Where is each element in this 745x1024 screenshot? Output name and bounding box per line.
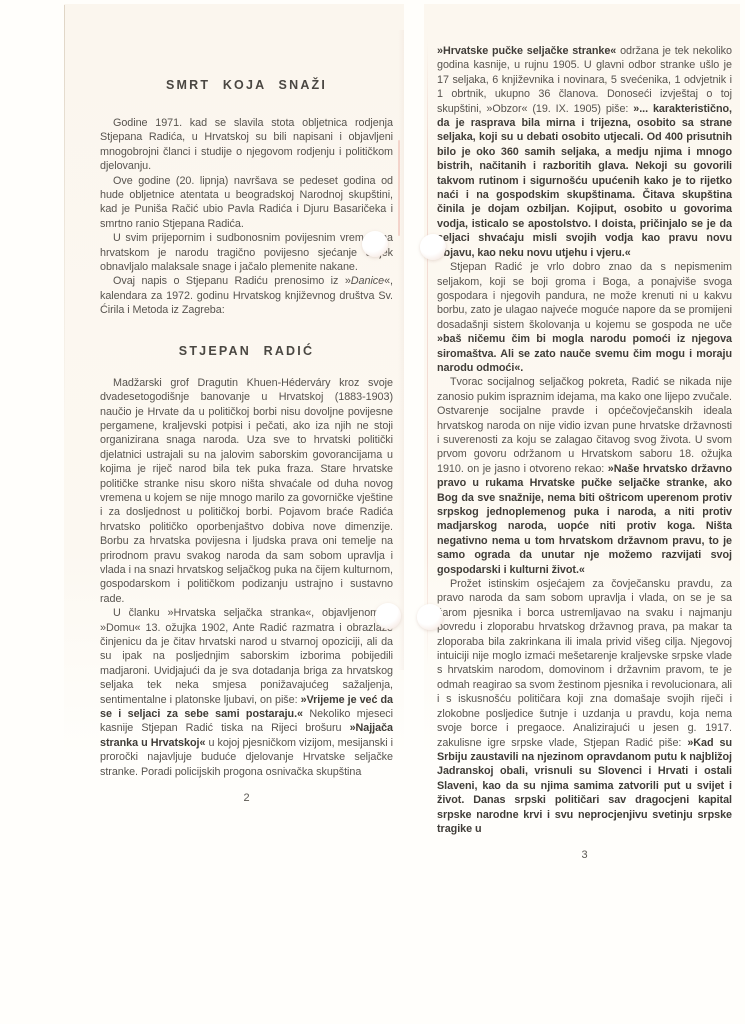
left-page-text: SMRT KOJA SNAŽIGodine 1971. kad se slavi… [100, 78, 393, 779]
left-page-edge-line [64, 5, 65, 435]
text-run: U svim prijepornim i sudbonosnim povijes… [100, 232, 393, 273]
text-run: Ove godine (20. lipnja) navršava se pede… [100, 175, 393, 230]
paragraph: U članku »Hrvatska seljačka stranka«, ob… [100, 606, 393, 779]
section-heading: STJEPAN RADIĆ [100, 344, 393, 358]
right-page-text: »Hrvatske pučke seljačke stranke« održan… [437, 44, 732, 836]
punch-hole [362, 231, 388, 257]
paragraph: Tvorac socijalnog seljačkog pokreta, Rad… [437, 375, 732, 577]
paragraph: Ovaj napis o Stjepanu Radiću prenosimo i… [100, 274, 393, 317]
page-gutter-shadow [398, 30, 404, 670]
paragraph: Madžarski grof Dragutin Khuen-Héderváry … [100, 376, 393, 607]
page-curl-highlight [398, 140, 400, 236]
right-page: »Hrvatske pučke seljačke stranke« održan… [424, 4, 740, 764]
paragraph: U svim prijepornim i sudbonosnim povijes… [100, 231, 393, 274]
left-page: SMRT KOJA SNAŽIGodine 1971. kad se slavi… [64, 4, 404, 764]
text-run: Godine 1971. kad se slavila stota obljet… [100, 117, 393, 172]
paragraph: Ove godine (20. lipnja) navršava se pede… [100, 174, 393, 232]
paragraph: Prožet istinskim osjećajem za čovječansk… [437, 577, 732, 836]
right-page-edge-line [427, 38, 428, 666]
paragraph: Godine 1971. kad se slavila stota obljet… [100, 116, 393, 174]
text-run: Ovaj napis o Stjepanu Radiću prenosimo i… [113, 275, 351, 287]
left-page-number: 2 [100, 792, 393, 804]
punch-hole [420, 234, 446, 260]
bold-text-run: »baš ničemu čim bi mogla narodu pomoći i… [437, 333, 732, 374]
text-run: U članku »Hrvatska seljačka stranka«, ob… [100, 607, 393, 705]
bold-text-run: »Kad su Srbiju zaustavili na njezinom op… [437, 737, 732, 835]
right-page-number: 3 [437, 849, 732, 861]
text-run: Tvorac socijalnog seljačkog pokreta, Rad… [437, 376, 732, 474]
text-run: Madžarski grof Dragutin Khuen-Héderváry … [100, 377, 393, 605]
scanned-document-background: SMRT KOJA SNAŽIGodine 1971. kad se slavi… [0, 0, 745, 1024]
punch-hole [375, 603, 401, 629]
punch-hole [417, 604, 443, 630]
section-heading: SMRT KOJA SNAŽI [100, 78, 393, 92]
text-run: Prožet istinskim osjećajem za čovječansk… [437, 578, 732, 748]
italic-text-run: Danice [351, 275, 384, 287]
bold-text-run: »Hrvatske pučke seljačke stranke« [437, 45, 616, 57]
text-run: Stjepan Radić je vrlo dobro znao da s ne… [437, 261, 732, 331]
paragraph: »Hrvatske pučke seljačke stranke« održan… [437, 44, 732, 260]
bold-text-run: »... karakteristično, da je rasprava bil… [437, 103, 732, 259]
paragraph: Stjepan Radić je vrlo dobro znao da s ne… [437, 260, 732, 375]
bold-text-run: »Naše hrvatsko državno pravo u rukama Hr… [437, 463, 732, 576]
